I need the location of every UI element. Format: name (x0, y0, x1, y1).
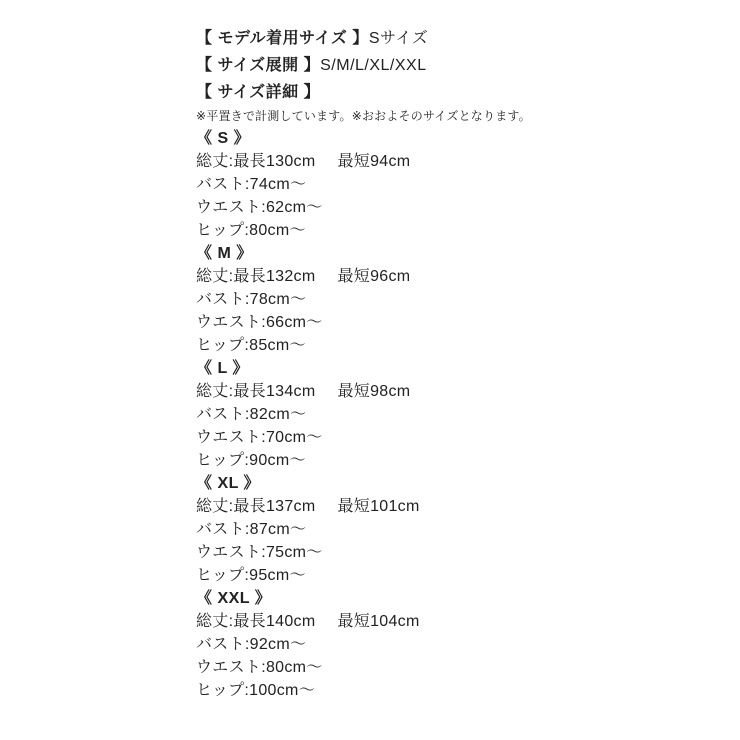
size-detail-sheet: 【 モデル着用サイズ 】Sサイズ 【 サイズ展開 】S/M/L/XL/XXL 【… (0, 0, 740, 740)
measurement-note: ※平置きで計測しています。※おおよそのサイズとなります。 (196, 106, 710, 127)
total-length-max: 総丈:最長137cm (196, 498, 315, 515)
hip-line: ヒップ:85cm〜 (196, 334, 710, 357)
total-length-min: 最短96cm (337, 265, 410, 288)
model-size-value: Sサイズ (369, 30, 428, 47)
total-length-line: 総丈:最長130cm最短94cm (196, 150, 710, 173)
size-heading: 《 L 》 (196, 357, 710, 380)
total-length-line: 総丈:最長134cm最短98cm (196, 380, 710, 403)
bust-line: バスト:92cm〜 (196, 633, 710, 656)
size-detail-title: 【 サイズ詳細 】 (196, 79, 710, 106)
hip-line: ヒップ:80cm〜 (196, 219, 710, 242)
total-length-min: 最短94cm (337, 150, 410, 173)
model-size-label: 【 モデル着用サイズ 】 (196, 30, 369, 47)
total-length-max: 総丈:最長134cm (196, 383, 315, 400)
total-length-max: 総丈:最長130cm (196, 153, 315, 170)
total-length-max: 総丈:最長132cm (196, 268, 315, 285)
size-range-value: S/M/L/XL/XXL (320, 57, 427, 74)
size-range-label: 【 サイズ展開 】 (196, 57, 320, 74)
bust-line: バスト:78cm〜 (196, 288, 710, 311)
waist-line: ウエスト:70cm〜 (196, 426, 710, 449)
waist-line: ウエスト:80cm〜 (196, 656, 710, 679)
waist-line: ウエスト:66cm〜 (196, 311, 710, 334)
hip-line: ヒップ:100cm〜 (196, 679, 710, 702)
size-section-s: 《 S 》 総丈:最長130cm最短94cm バスト:74cm〜 ウエスト:62… (196, 127, 710, 242)
hip-line: ヒップ:90cm〜 (196, 449, 710, 472)
hip-line: ヒップ:95cm〜 (196, 564, 710, 587)
bust-line: バスト:87cm〜 (196, 518, 710, 541)
size-heading: 《 XXL 》 (196, 587, 710, 610)
size-section-m: 《 M 》 総丈:最長132cm最短96cm バスト:78cm〜 ウエスト:66… (196, 242, 710, 357)
size-section-l: 《 L 》 総丈:最長134cm最短98cm バスト:82cm〜 ウエスト:70… (196, 357, 710, 472)
size-detail-label: 【 サイズ詳細 】 (196, 84, 320, 101)
total-length-min: 最短104cm (337, 610, 419, 633)
waist-line: ウエスト:75cm〜 (196, 541, 710, 564)
size-heading: 《 XL 》 (196, 472, 710, 495)
bust-line: バスト:74cm〜 (196, 173, 710, 196)
size-section-xl: 《 XL 》 総丈:最長137cm最短101cm バスト:87cm〜 ウエスト:… (196, 472, 710, 587)
total-length-max: 総丈:最長140cm (196, 613, 315, 630)
total-length-line: 総丈:最長132cm最短96cm (196, 265, 710, 288)
model-size-line: 【 モデル着用サイズ 】Sサイズ (196, 25, 710, 52)
total-length-line: 総丈:最長140cm最短104cm (196, 610, 710, 633)
total-length-min: 最短101cm (337, 495, 419, 518)
total-length-line: 総丈:最長137cm最短101cm (196, 495, 710, 518)
size-heading: 《 S 》 (196, 127, 710, 150)
size-heading: 《 M 》 (196, 242, 710, 265)
size-range-line: 【 サイズ展開 】S/M/L/XL/XXL (196, 52, 710, 79)
bust-line: バスト:82cm〜 (196, 403, 710, 426)
total-length-min: 最短98cm (337, 380, 410, 403)
waist-line: ウエスト:62cm〜 (196, 196, 710, 219)
size-section-xxl: 《 XXL 》 総丈:最長140cm最短104cm バスト:92cm〜 ウエスト… (196, 587, 710, 702)
